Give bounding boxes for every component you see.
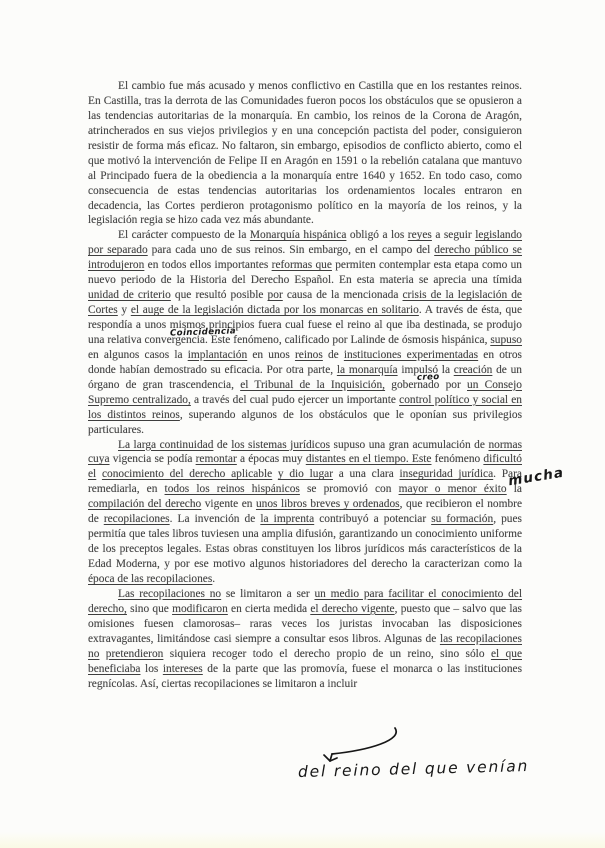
underlined-text-segment: introdujeron xyxy=(88,259,144,271)
paragraph: La larga continuidad de los sistemas jur… xyxy=(88,438,522,587)
underlined-text-segment: Las recopilaciones no xyxy=(118,588,221,600)
underlined-text-segment: derecho público se xyxy=(434,244,522,256)
underlined-text-segment: intereses xyxy=(163,663,203,675)
text-segment: de xyxy=(323,349,344,361)
text-segment: . Este fenómeno, calificado por Lalinde … xyxy=(205,334,490,346)
text-segment: contribuyó a potenciar xyxy=(314,513,431,525)
underlined-text-segment: por xyxy=(268,289,283,301)
underlined-text-segment: reinos xyxy=(295,349,323,361)
text-segment: . La invención de xyxy=(170,513,261,525)
underlined-text-segment: la imprenta xyxy=(260,513,314,525)
text-segment: a seguir xyxy=(432,229,475,241)
underlined-text-segment: conocimiento del derecho aplicable xyxy=(102,468,272,480)
text-segment: en unos xyxy=(247,349,295,361)
paragraph: Las recopilaciones no se limitaron a ser… xyxy=(88,587,522,692)
underlined-text-segment: unidad de criterio xyxy=(88,289,171,301)
underlined-text-segment: creación xyxy=(454,364,493,376)
text-segment: en todos ellos importantes xyxy=(144,259,271,271)
paragraph: El cambio fue más acusado y menos confli… xyxy=(88,79,522,228)
underlined-text-segment: recopilaciones xyxy=(104,513,170,525)
text-segment: siquiera recoger todo el derecho propio … xyxy=(163,648,491,660)
underlined-text-segment: instituciones experimentadas xyxy=(344,349,478,361)
text-segment: a una clara xyxy=(333,468,400,480)
text-segment: supuso una gran acumulación de xyxy=(330,439,488,451)
text-segment: gobernadocreo xyxy=(391,379,439,391)
text-segment: fenómeno xyxy=(431,453,483,465)
underlined-text-segment: inseguridad jurídica xyxy=(400,468,494,480)
scanned-document-page: El cambio fue más acusado y menos confli… xyxy=(0,0,605,848)
underlined-text-segment: su formación xyxy=(431,513,493,525)
underlined-text-segment: el Tribunal de la Inquisición, xyxy=(240,379,385,391)
underlined-text-segment: mayor o menor éxito xyxy=(399,483,507,495)
underlined-text-segment: implantación xyxy=(188,349,247,361)
underlined-text-segment: pretendieron xyxy=(106,648,164,660)
text-segment: se promovió con xyxy=(300,483,399,495)
underlined-text-segment: distantes en el tiempo. Este xyxy=(306,453,432,465)
underlined-text-segment: reformas que xyxy=(272,259,332,271)
text-segment: para cada uno de sus reinos. Sin embargo… xyxy=(148,244,435,256)
text-segment: a épocas muy xyxy=(237,453,306,465)
underlined-text-segment: el derecho vigente xyxy=(310,603,394,615)
text-segment: y xyxy=(118,304,131,316)
text-segment: se limitaron a ser xyxy=(221,588,314,600)
underlined-text-segment: y dio lugar xyxy=(278,468,333,480)
text-segment: a través del cual pudo ejercer un import… xyxy=(191,394,399,406)
underlined-text-segment: reyes xyxy=(408,229,432,241)
text-segment: de xyxy=(213,439,231,451)
underlined-text-segment: los sistemas jurídicos xyxy=(231,439,330,451)
text-segment: causa de la mencionada xyxy=(283,289,403,301)
underlined-text-segment: La larga continuidad xyxy=(118,439,213,451)
underlined-text-segment: beneficiaba xyxy=(88,663,141,675)
text-segment: vigencia se podía xyxy=(110,453,196,465)
text-segment: los xyxy=(141,663,163,675)
underlined-text-segment: compilación del derecho xyxy=(88,498,201,510)
underlined-text-segment: unos libros breves y ordenados xyxy=(256,498,400,510)
handwritten-inline-note: creo xyxy=(387,373,440,383)
text-segment: vigente en xyxy=(201,498,256,510)
text-segment: en algunos casos la xyxy=(88,349,188,361)
text-segment: sino que xyxy=(127,603,172,615)
underlined-text-segment: el auge de la legislación dictada por lo… xyxy=(131,304,419,316)
text-segment: obligó a los xyxy=(346,229,407,241)
paragraph: El carácter compuesto de la Monarquía hi… xyxy=(88,228,522,437)
document-body: El cambio fue más acusado y menos confli… xyxy=(88,79,522,691)
text-segment: El carácter compuesto de la xyxy=(118,229,250,241)
text-segment: que resultó posible xyxy=(171,289,268,301)
text-segment: . xyxy=(212,573,215,585)
text-segment: por xyxy=(439,379,467,391)
underlined-text-segment: supuso xyxy=(490,334,522,346)
underlined-text-segment: remontar xyxy=(196,453,237,465)
underlined-text-segment: modificaron xyxy=(172,603,228,615)
text-segment: El cambio fue más acusado y menos confli… xyxy=(88,80,522,226)
text-segment: en cierta medida xyxy=(228,603,311,615)
underlined-text-segment: Monarquía hispánica xyxy=(250,229,346,241)
underlined-text-segment: época de las recopilaciones xyxy=(88,573,212,585)
underlined-text-segment: todos los reinos hispánicos xyxy=(165,483,300,495)
underlined-text-segment: el que xyxy=(491,648,522,660)
text-segment: convergenciaCoincidencia xyxy=(144,334,205,346)
